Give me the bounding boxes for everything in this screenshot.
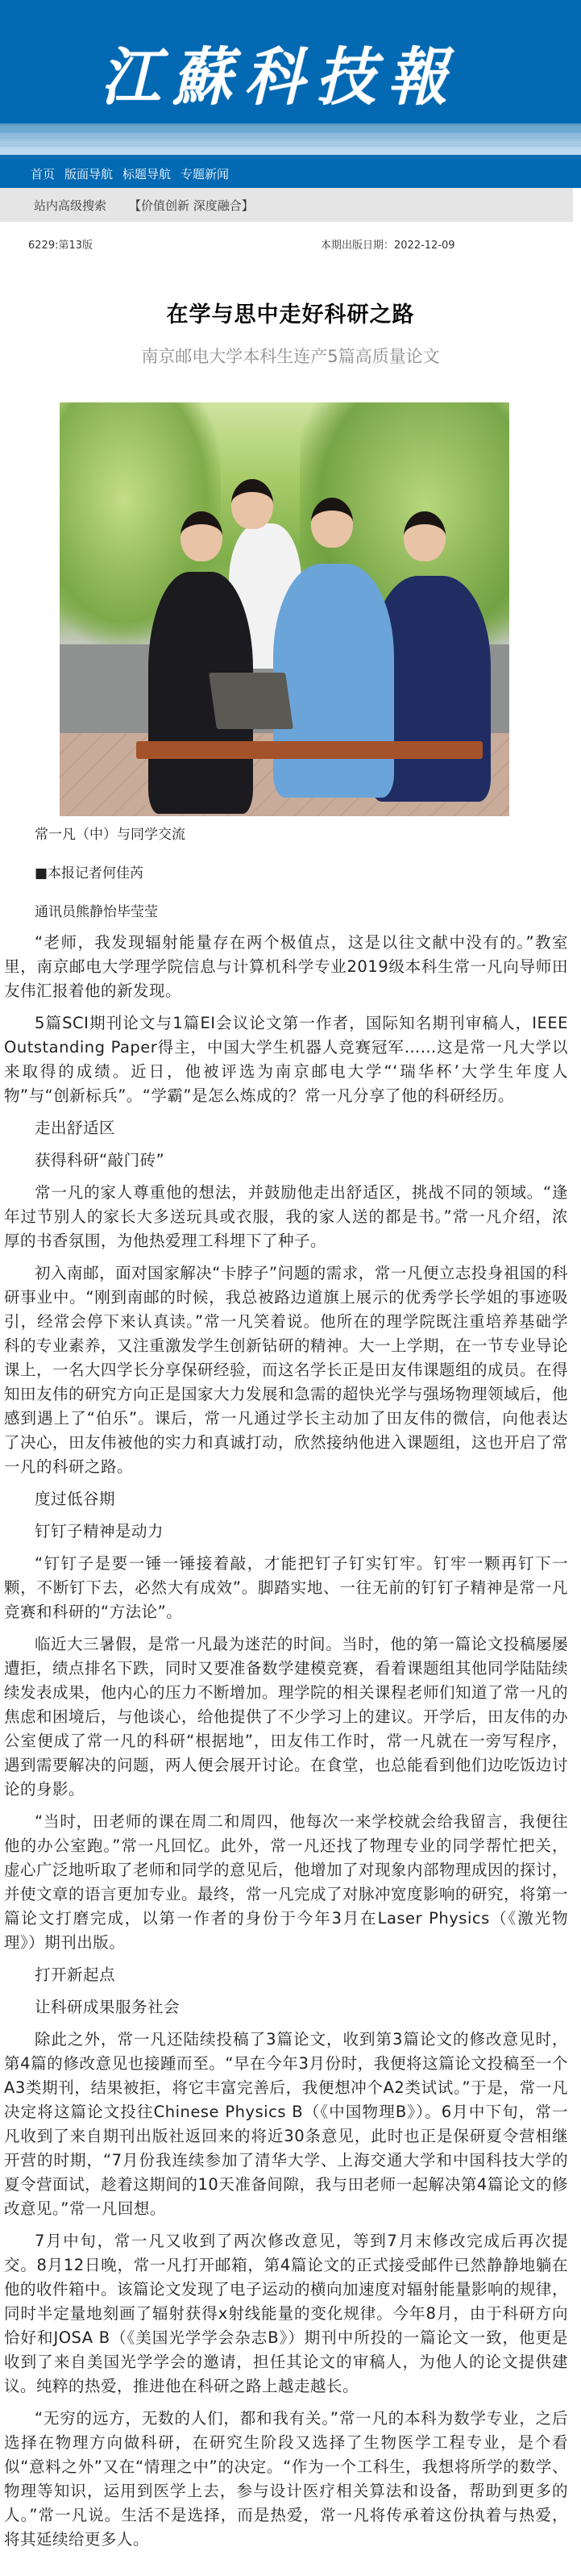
photo-laptop [209,673,293,729]
nav-special-news[interactable]: 专题新闻 [181,165,229,182]
paragraph: “无穷的远方，无数的人们，都和我有关。”常一凡的本科为数学专业，之后选择在物理方… [4,2407,568,2552]
newspaper-logo[interactable]: 江 蘇 科 技 報 [101,34,447,110]
stripe [0,126,581,132]
publish-date: 本期出版日期：2022-12-09 [321,236,455,252]
photo-person [273,564,394,798]
masthead-banner: 江 蘇 科 技 報 [0,0,581,123]
advanced-search-link[interactable]: 站内高级搜索 [34,197,106,214]
sub-nav: 站内高级搜索 【价值创新 深度融合】 [0,188,573,222]
paragraph: “老师，我发现辐射能量存在两个极值点，这是以往文献中没有的。”教室里，南京邮电大… [4,931,568,1003]
stripe [0,141,581,147]
section-heading: 让科研成果服务社会 [4,1995,568,2020]
photo-head [181,511,222,561]
bottom-spacer [0,2552,581,2576]
article-title: 在学与思中走好科研之路 [0,301,581,330]
paragraph: 初入南邮，面对国家解决“卡脖子”问题的需求，常一凡便立志投身祖国的科研事业中。“… [4,1261,568,1479]
issue-number: 6229:第13版 [28,236,93,252]
article-photo[interactable] [60,402,509,816]
nav-title-navigation[interactable]: 标题导航 [122,165,171,182]
paragraph: 7月中旬，常一凡又收到了两次修改意见，等到7月末修改完成后再次提交。8月12日晚… [4,2229,568,2399]
section-heading: 获得科研“敲门砖” [4,1148,568,1173]
section-heading: 走出舒适区 [4,1116,568,1140]
byline: ■本报记者何佳芮 [0,863,581,884]
photo-head [231,479,273,529]
slogan: 【价值创新 深度融合】 [129,197,254,214]
article-subtitle: 南京邮电大学本科生连产5篇高质量论文 [0,344,581,369]
main-nav: 首页 版面导航 标题导航 专题新闻 [0,159,581,188]
section-heading: 打开新起点 [4,1963,568,1987]
paragraph: “当时，田老师的课在周二和周四，他每次一来学校就会给我留言，我便往他的办公室跑。… [4,1810,568,1955]
photo-caption: 常一凡（中）与同学交流 [0,824,581,845]
logo-char: 蘇 [172,27,232,117]
article-body: “老师，我发现辐射能量存在两个极值点，这是以往文献中没有的。”教室里，南京邮电大… [0,931,581,2552]
section-heading: 钉钉子精神是动力 [4,1519,568,1544]
photo-bench [136,741,483,759]
logo-char: 報 [388,27,447,117]
article: 在学与思中走好科研之路 南京邮电大学本科生连产5篇高质量论文 常一凡（中）与同学… [0,301,581,2576]
decorative-stripes [0,123,581,159]
paragraph: “钉钉子是要一锤一锤接着敲，才能把钉子钉实钉牢。钉牢一颗再钉下一颗，不断钉下去，… [4,1552,568,1624]
masthead: 江 蘇 科 技 報 首页 版面导航 标题导航 专题新闻 站内高级搜索 【价值创新… [0,0,581,222]
section-heading: 度过低谷期 [4,1487,568,1511]
nav-page-navigation[interactable]: 版面导航 [64,165,113,182]
logo-char: 江 [101,27,160,117]
paragraph: 除此之外，常一凡还陆续投稿了3篇论文，收到第3篇论文的修改意见时，第4篇的修改意… [4,2028,568,2221]
paragraph: 5篇SCI期刊论文与1篇EI会议论文第一作者，国际知名期刊审稿人，IEEE Ou… [4,1011,568,1108]
nav-home[interactable]: 首页 [31,165,55,182]
issue-info: 6229:第13版 本期出版日期：2022-12-09 [0,222,581,264]
paragraph: 临近大三暑假，是常一凡最为迷茫的时间。当时，他的第一篇论文投稿屡屡遭拒，绩点排名… [4,1632,568,1802]
stripe [0,149,581,155]
paragraph: 常一凡的家人尊重他的想法，并鼓励他走出舒适区，挑战不同的领域。“逢年过节别人的家… [4,1181,568,1253]
correspondents: 通讯员熊静怡毕莹莹 [0,902,581,923]
logo-char: 科 [244,27,304,117]
photo-head [404,511,446,561]
logo-char: 技 [316,27,376,117]
photo-head [311,498,353,548]
